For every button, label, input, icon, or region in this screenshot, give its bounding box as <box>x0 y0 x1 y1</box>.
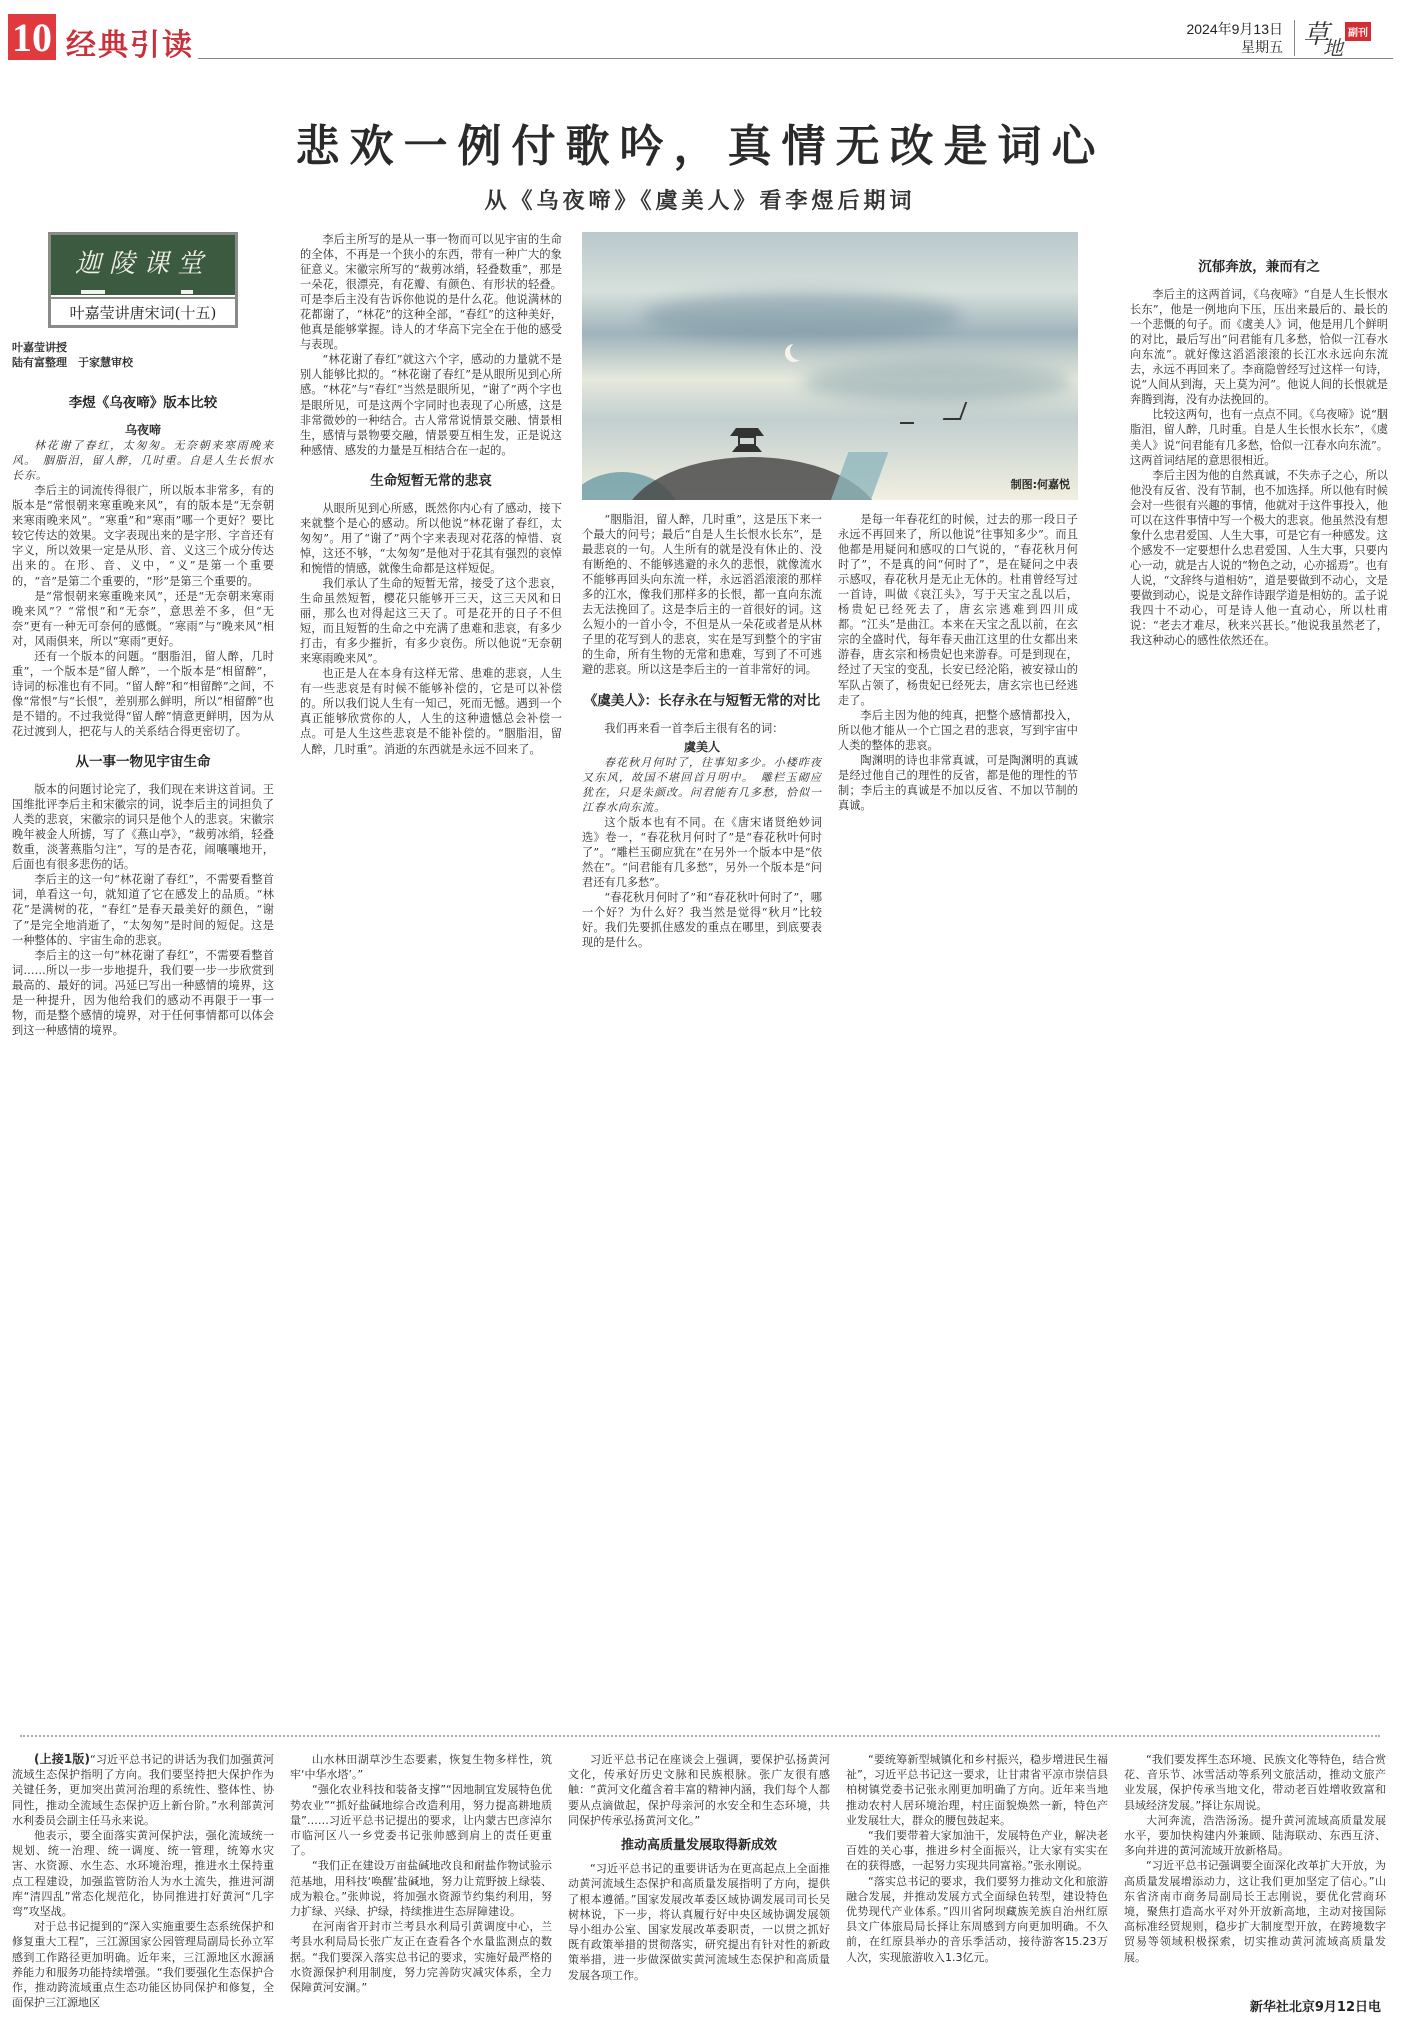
paragraph: 是每一年春花红的时候，过去的那一段日子永远不再回来了，所以他说“往事知多少”。而… <box>838 512 1078 708</box>
paragraph: 比较这两句，也有一点点不同。《乌夜啼》说“胭脂泪，留人醉，几时重。自是人生长恨水… <box>1130 407 1388 467</box>
paragraph: “我们要带着大家加油干，发展特色产业，解决老百姓的关心事，推进乡村全面振兴，让大… <box>846 1828 1108 1874</box>
paragraph: 李后主的词流传得很广，所以版本非常多，有的版本是“常恨朝来寒重晚来风”，有的版本… <box>12 483 274 588</box>
section-title: 从一事一物见宇宙生命 <box>12 755 274 770</box>
paragraph: 对于总书记提到的“深入实施重要生态系统保护和修复重大工程”，三江源国家公园管理局… <box>12 1919 274 2010</box>
chalk-piece <box>81 290 105 294</box>
chalkboard: 迦陵课堂 <box>51 235 235 295</box>
masthead-rule <box>198 58 1393 59</box>
article-column-5: 沉郁奔放，兼而有之 李后主的这两首词，《乌夜啼》“自是人生长恨水长东”，他是一例… <box>1130 232 1388 1732</box>
byline: 叶嘉莹讲授 陆有富整理 于家慧审校 <box>12 340 133 370</box>
paragraph: “我们正在建设万亩盐碱地改良和耐盐作物试验示范基地，用科技‘唤醒’盐碱地，努力让… <box>290 1858 552 1919</box>
paragraph: 在河南省开封市兰考县水利局引黄调度中心，兰考县水利局局长张广友正在查看各个水量监… <box>290 1919 552 1995</box>
paragraph: “我们要发挥生态环境、民族文化等特色，结合赏花、音乐节、冰雪活动等系列文旅活动，… <box>1124 1752 1386 1813</box>
paragraph: 李后主因为他的纯真，把整个感情都投入，所以他才能从一个亡国之君的悲哀，写到宇宙中… <box>838 708 1078 753</box>
column-label: 叶嘉莹讲唐宋词(十五) <box>51 297 235 327</box>
byline-lecturer: 叶嘉莹讲授 <box>12 340 133 355</box>
weekday-text: 星期五 <box>1186 38 1283 56</box>
article-column-4: 是每一年春花红的时候，过去的那一段日子永远不再回来了，所以他说“往事知多少”。而… <box>838 512 1078 1732</box>
news-column-2: 山水林田湖草沙生态要素，恢复生物多样性，筑牢‘中华水塔’。” “强化农业科技和装… <box>290 1752 552 2022</box>
page-number: 10 <box>8 14 56 60</box>
paragraph: “习近平总书记的重要讲话为在更高起点上全面推动黄河流域生态保护和高质量发展指明了… <box>568 1861 830 1983</box>
paragraph: “林花谢了春红”就这六个字，感动的力量就不是别人能够比拟的。“林花谢了春红”是从… <box>300 352 562 457</box>
paragraph: 大河奔流，浩浩汤汤。提升黄河流域高质量发展水平，要加快构建内外兼顾、陆海联动、东… <box>1124 1813 1386 1859</box>
article-column-3: “胭脂泪，留人醉，几时重”，这是压下来一个最大的问号；最后“自是人生长恨水长东”… <box>582 512 822 1732</box>
section-name: 经典引读 <box>66 20 194 64</box>
article-column-1: 李煜《乌夜啼》版本比较 乌夜啼 林花谢了春红，太匆匆。无奈朝来寒雨晚来风。 胭脂… <box>12 392 274 1732</box>
paragraph: 从眼所见到心所感，既然你内心有了感动，接下来就整个是心的感动。所以他说“林花谢了… <box>300 501 562 576</box>
paragraph: (上接1版)“习近平总书记的讲话为我们加强黄河流域生态保护指明了方向。我们要坚持… <box>12 1752 274 1828</box>
boat-icon <box>900 414 914 424</box>
paragraph: 版本的问题讨论完了，我们现在来讲这首词。王国维批评李后主和宋徽宗的词，说李后主的… <box>12 782 274 872</box>
pavilion-icon <box>730 428 764 460</box>
paragraph: 陶渊明的诗也非常真诚，可是陶渊明的真诚是经过他自己的理性的反省，都是他的理性的节… <box>838 753 1078 813</box>
paragraph: “要统筹新型城镇化和乡村振兴，稳步增进民生福祉”，习近平总书记这一要求，让甘肃省… <box>846 1752 1108 1828</box>
news-column-4: “要统筹新型城镇化和乡村振兴，稳步增进民生福祉”，习近平总书记这一要求，让甘肃省… <box>846 1752 1108 2022</box>
paragraph: “强化农业科技和装备支撑”“因地制宜发展特色优势农业”“抓好盐碱地综合改造利用，… <box>290 1782 552 1858</box>
issue-date: 2024年9月13日 星期五 <box>1186 20 1283 56</box>
news-column-3: 习近平总书记在座谈会上强调，要保护弘扬黄河文化，传承好历史文脉和民族根脉。张广友… <box>568 1752 830 2022</box>
paragraph: 这个版本也有不同。在《唐宋诸贤绝妙词选》卷一，“春花秋月何时了”是“春花秋叶何时… <box>582 815 822 890</box>
section-title: 沉郁奔放，兼而有之 <box>1130 260 1388 275</box>
supplement-badge: 副刊 <box>1345 22 1371 41</box>
news-subtitle: 推动高质量发展取得新成效 <box>568 1838 830 1853</box>
poem-text: 春花秋月何时了，往事知多少。小楼昨夜又东风，故国不堪回首月明中。 雕栏玉砌应犹在… <box>582 755 822 815</box>
crescent-moon-icon <box>790 342 808 360</box>
headline: 悲欢一例付歌吟，真情无改是词心 <box>0 110 1401 174</box>
date-text: 2024年9月13日 <box>1186 20 1283 38</box>
byline-editors: 陆有富整理 于家慧审校 <box>12 355 133 370</box>
masthead: 10 经典引读 2024年9月13日 星期五 草 地 副刊 <box>8 14 1393 64</box>
paragraph: “落实总书记的要求，我们要努力推动文化和旅游融合发展，并推动发展方式全面绿色转型… <box>846 1874 1108 1965</box>
chalk-piece <box>181 290 193 294</box>
paragraph: “胭脂泪，留人醉，几时重”，这是压下来一个最大的问号；最后“自是人生长恨水长东”… <box>582 512 822 678</box>
illustration-landscape-painting: 制图:何嘉悦 <box>582 232 1078 500</box>
news-column-1: (上接1版)“习近平总书记的讲话为我们加强黄河流域生态保护指明了方向。我们要坚持… <box>12 1752 274 2022</box>
news-column-5: “我们要发挥生态环境、民族文化等特色，结合赏花、音乐节、冰雪活动等系列文旅活动，… <box>1124 1752 1386 1992</box>
subheadline: 从《乌夜啼》《虞美人》看李煜后期词 <box>300 184 1100 215</box>
column-logo: 迦陵课堂 叶嘉莹讲唐宋词(十五) <box>48 232 238 328</box>
poem-text: 林花谢了春红，太匆匆。无奈朝来寒雨晚来风。 胭脂泪，留人醉，几时重。自是人生长恨… <box>12 438 274 483</box>
section-divider <box>20 1735 1380 1737</box>
poem-title: 乌夜啼 <box>12 423 274 438</box>
paragraph: 李后主所写的是从一事一物而可以见宇宙的生命的全体，不再是一个狭小的东西，带有一种… <box>300 232 562 352</box>
masthead-divider <box>1294 20 1295 56</box>
logo-char-2: 地 <box>1323 32 1343 61</box>
paragraph: “习近平总书记强调要全面深化改革扩大开放，为高质量发展增添动力，这让我们更加坚定… <box>1124 1858 1386 1964</box>
cloud <box>802 362 1072 402</box>
illustration-credit: 制图:何嘉悦 <box>1011 476 1070 492</box>
paragraph: 我们承认了生命的短暂无常，接受了这个悲哀，生命虽然短暂，樱花只能够开三天，这三天… <box>300 576 562 666</box>
paragraph: 我们再来看一首李后主很有名的词： <box>582 721 822 736</box>
paragraph: 还有一个版本的问题。“胭脂泪，留人醉，几时重”，一个版本是“留人醉”，一个版本是… <box>12 649 274 739</box>
paragraph: “春花秋月何时了”和“春花秋叶何时了”，哪一个好？为什么好？我当然是觉得“秋月”… <box>582 890 822 950</box>
section-title: 李煜《乌夜啼》版本比较 <box>12 396 274 411</box>
paragraph: 李后主因为他的自然真诚，不失赤子之心，所以他没有反省、没有节制，也不加选择。所以… <box>1130 468 1388 649</box>
paragraph: 他表示，要全面落实黄河保护法，强化流域统一规划、统一治理、统一调度、统一管理，统… <box>12 1828 274 1919</box>
paragraph: 山水林田湖草沙生态要素，恢复生物多样性，筑牢‘中华水塔’。” <box>290 1752 552 1782</box>
poem-title: 虞美人 <box>582 740 822 755</box>
cloud <box>642 292 962 342</box>
paragraph: 李后主的这两首词，《乌夜啼》“自是人生长恨水长东”，他是一例地向下压，压出来最后… <box>1130 287 1388 407</box>
paragraph: 李后主的这一句“林花谢了春红”，不需要看整首词，单看这一句，就知道了它在感发上的… <box>12 872 274 947</box>
paragraph: 也正是人在本身有这样无常、患难的悲哀，人生有一些悲哀是有时候不能够补偿的，它是可… <box>300 666 562 756</box>
section-title: 生命短暂无常的悲哀 <box>300 474 562 489</box>
continued-from-label: (上接1版) <box>34 1752 90 1766</box>
news-dateline: 新华社北京9月12日电 <box>1250 1996 1381 2015</box>
paragraph: 习近平总书记在座谈会上强调，要保护弘扬黄河文化，传承好历史文脉和民族根脉。张广友… <box>568 1752 830 1828</box>
sailboat-icon <box>943 402 968 420</box>
paragraph: 是“常恨朝来寒重晚来风”，还是“无奈朝来寒雨晚来风”？“常恨”和“无奈”，意思差… <box>12 589 274 649</box>
article-column-2: 李后主所写的是从一事一物而可以见宇宙的生命的全体，不再是一个狭小的东西，带有一种… <box>300 232 562 1732</box>
section-title: 《虞美人》：长存永在与短暂无常的对比 <box>582 694 822 709</box>
paragraph: 李后主的这一句“林花谢了春红”，不需要看整首词……所以一步一步地提升，我们要一步… <box>12 948 274 1038</box>
